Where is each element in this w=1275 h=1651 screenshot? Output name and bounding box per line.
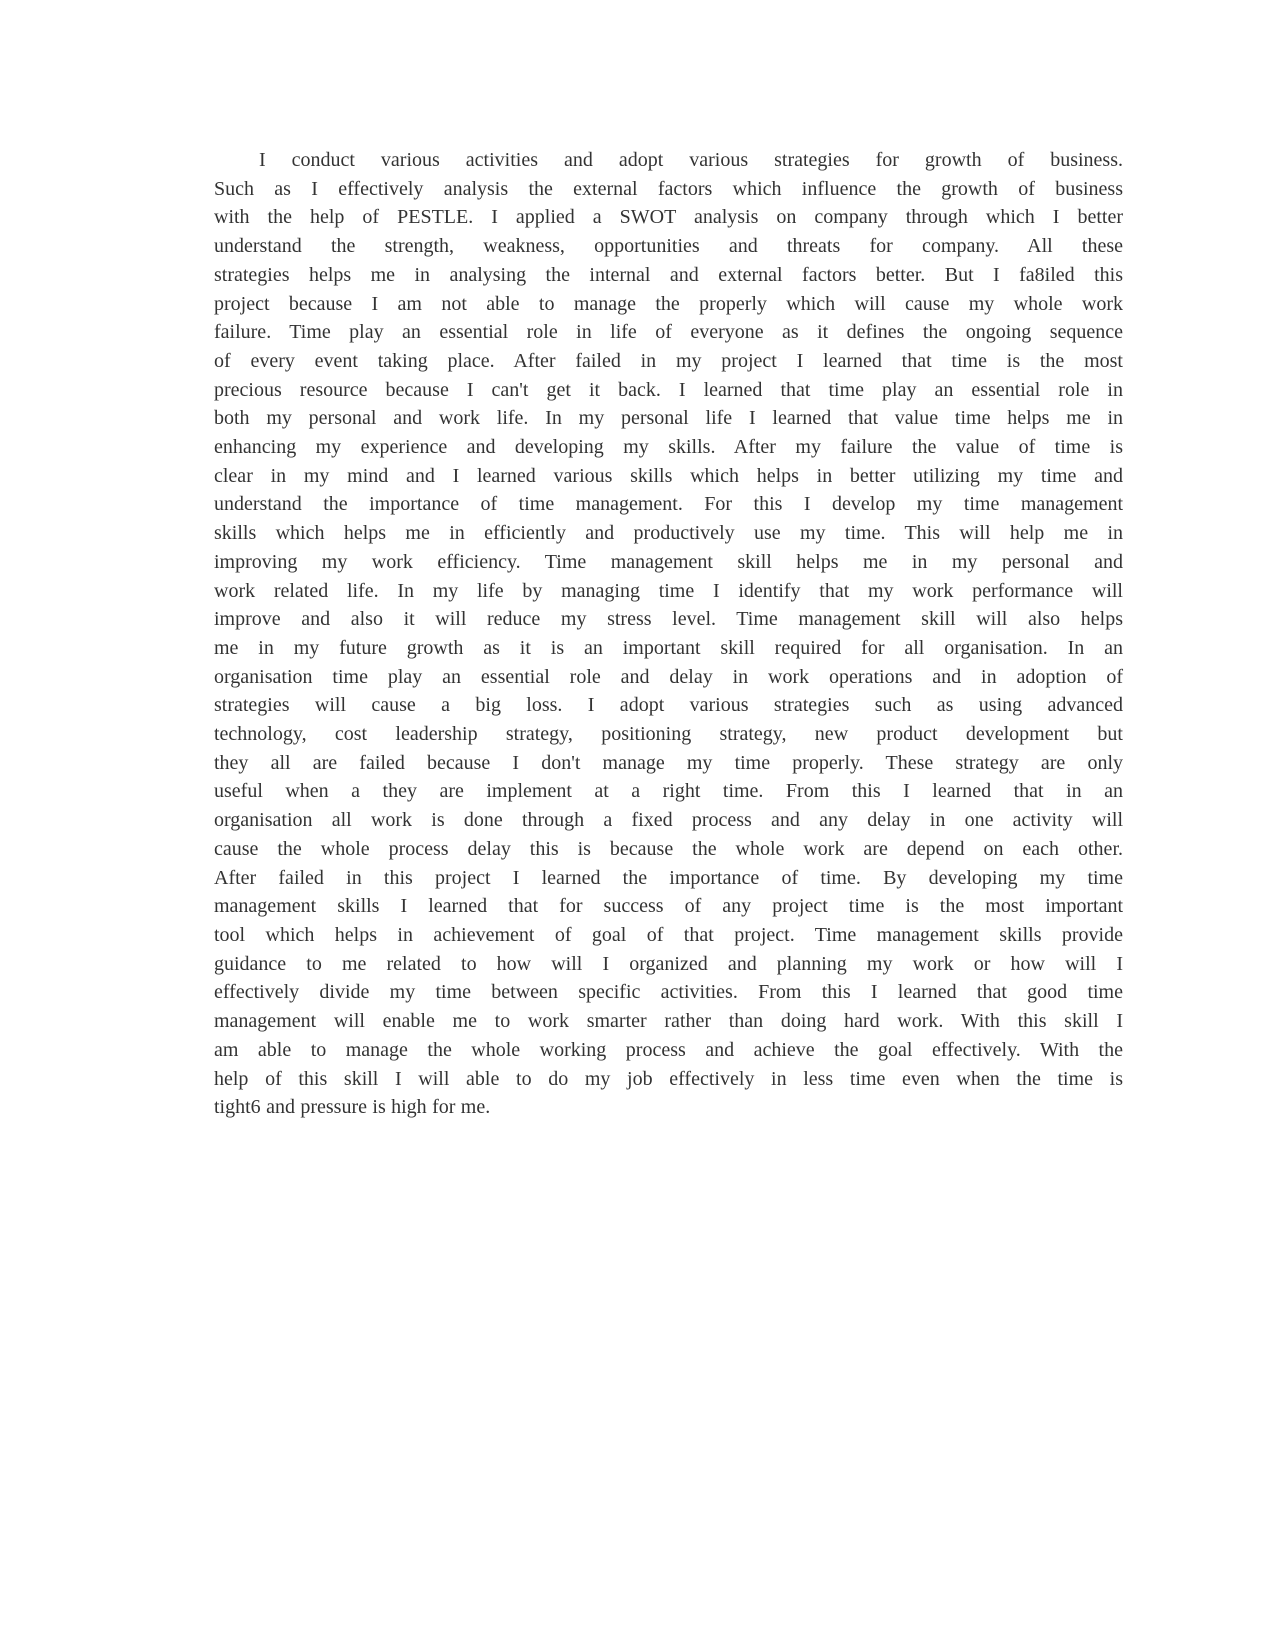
text-line: with the help of PESTLE. I applied a SWO… (214, 203, 1123, 232)
text-line: project because I am not able to manage … (214, 290, 1123, 319)
text-line: enhancing my experience and developing m… (214, 433, 1123, 462)
text-line: understand the strength, weakness, oppor… (214, 232, 1123, 261)
text-line: Such as I effectively analysis the exter… (214, 175, 1123, 204)
text-line: management will enable me to work smarte… (214, 1007, 1123, 1036)
text-line: cause the whole process delay this is be… (214, 835, 1123, 864)
text-line: management skills I learned that for suc… (214, 892, 1123, 921)
text-line: work related life. In my life by managin… (214, 577, 1123, 606)
body-paragraph: I conduct various activities and adopt v… (214, 146, 1123, 1122)
text-line: precious resource because I can't get it… (214, 376, 1123, 405)
text-line: clear in my mind and I learned various s… (214, 462, 1123, 491)
text-line: help of this skill I will able to do my … (214, 1065, 1123, 1094)
text-line: strategies will cause a big loss. I adop… (214, 691, 1123, 720)
text-line: technology, cost leadership strategy, po… (214, 720, 1123, 749)
text-line: After failed in this project I learned t… (214, 864, 1123, 893)
text-line: strategies helps me in analysing the int… (214, 261, 1123, 290)
text-line: improving my work efficiency. Time manag… (214, 548, 1123, 577)
text-line: organisation time play an essential role… (214, 663, 1123, 692)
text-line: useful when a they are implement at a ri… (214, 777, 1123, 806)
document-page: I conduct various activities and adopt v… (0, 0, 1275, 1651)
text-line: skills which helps me in efficiently and… (214, 519, 1123, 548)
text-line: me in my future growth as it is an impor… (214, 634, 1123, 663)
text-line: guidance to me related to how will I org… (214, 950, 1123, 979)
text-line: improve and also it will reduce my stres… (214, 605, 1123, 634)
text-line: they all are failed because I don't mana… (214, 749, 1123, 778)
text-line: tight6 and pressure is high for me. (214, 1093, 1123, 1122)
text-line: of every event taking place. After faile… (214, 347, 1123, 376)
text-line: tool which helps in achievement of goal … (214, 921, 1123, 950)
text-line: organisation all work is done through a … (214, 806, 1123, 835)
text-line: understand the importance of time manage… (214, 490, 1123, 519)
text-line: I conduct various activities and adopt v… (214, 146, 1123, 175)
text-line: both my personal and work life. In my pe… (214, 404, 1123, 433)
text-line: am able to manage the whole working proc… (214, 1036, 1123, 1065)
text-line: effectively divide my time between speci… (214, 978, 1123, 1007)
text-line: failure. Time play an essential role in … (214, 318, 1123, 347)
